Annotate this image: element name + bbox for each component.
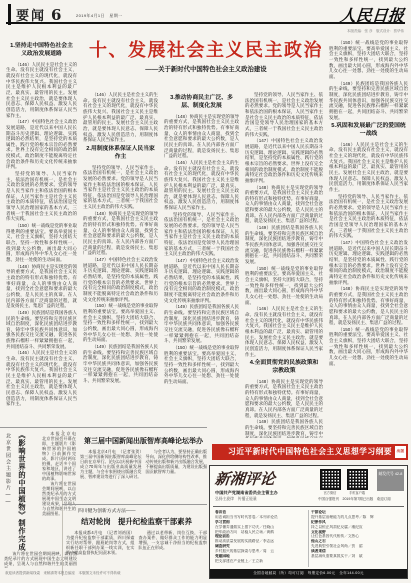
- editor-credit: 本版责编：张 彦 版式设计：蔡华伟: [347, 29, 404, 34]
- body-paragraph: （149）民族团结是我国各族人民的生命线。要坚持和完善民族区域自治制度，深化民族…: [245, 225, 323, 265]
- body-paragraph: （149）民族团结是我国各族人民的生命线。要坚持和完善民族区域自治制度，深化民族…: [245, 419, 323, 438]
- body-paragraph: （149）民族团结是我国各族人民的生命线。要坚持和完善民族区域自治制度，深化民族…: [329, 81, 408, 121]
- body-paragraph: 该片将在世园会期间展映，以自然类纪录片的方式展现中国生态文明建设成果，呈现人与自…: [42, 481, 76, 516]
- magazine-ad-box: 新湘评论 中国共产党湖南省委员会主管主办 弘扬主旋律 传播正能量 官方微信 手机…: [209, 465, 408, 579]
- subscription-bar: 全国各地邮局（所）均可订阅 每册定价6.00元 全年144.00元: [210, 569, 407, 578]
- body-paragraph: （149）民族团结是我国各族人民的生命线。要坚持和完善民族区域自治制度，深化民族…: [6, 310, 77, 350]
- body-paragraph: 坚持党的领导、人民当家作主、依法治国有机统一，是社会主义政治发展的必然要求。党的…: [329, 194, 408, 239]
- body-paragraph: 本报北京电 北京世园会开幕在即，主题影片《影响世界的中国植物》日前制作完成。影片…: [42, 431, 76, 481]
- body-paragraph: 与会者认为，要坚持正确出版导向，深化供给侧结构性改革，推动传统出版和新兴出版融合…: [146, 449, 208, 474]
- toc-separator: [308, 510, 309, 567]
- subheading-3: 3.推动协商民主广泛、多层、制度化发展: [166, 95, 237, 111]
- body-paragraph: （150）统一战线是党的事业取得胜利的重要法宝。要高举爱国主义、社会主义旗帜，坚…: [83, 303, 158, 343]
- ad-divider: [213, 506, 404, 507]
- qr-code-icon: [320, 469, 341, 490]
- article-column-5: （150）统一战线是党的事业取得胜利的重要法宝。要高举爱国主义、社会主义旗帜，坚…: [329, 40, 408, 438]
- body-paragraph: （146）人民民主是社会主义的生命。没有民主就没有社会主义，就没有社会主义的现代…: [329, 142, 408, 193]
- postal-code-badge: 邮发代号 42-8: [377, 469, 404, 491]
- qr-label: 官方微信: [318, 490, 342, 495]
- subheading-2: 2.用制度体系保证人民当家作主: [85, 146, 156, 162]
- body-paragraph: （146）人民民主是社会主义的生命。没有民主就没有社会主义，就没有社会主义的现代…: [6, 350, 77, 407]
- newspaper-page: 要闻 6 2019年4月1日 星期一 人民日报 本版责编：张 彦 版式设计：蔡华…: [0, 0, 411, 583]
- body-paragraph: 本报北京4月电 （记者张贺）第三届中国新闻出版智库高峰论坛日前在京举行。论坛以庆…: [80, 449, 142, 479]
- body-paragraph: 坚持党的领导、人民当家作主、依法治国有机统一，是社会主义政治发展的必然要求。党的…: [83, 165, 158, 210]
- body-paragraph: （147）中国特色社会主义政治发展道路，是近代以来中国人民长期奋斗历史逻辑、理论…: [245, 138, 323, 183]
- body-paragraph: （148）协商民主是实现党的领导的重要方式，是我国社会主义民主政治的特有形式和独…: [164, 114, 239, 159]
- article-column-3: 3.推动协商民主广泛、多层、制度化发展 （148）协商民主是实现党的领导的重要方…: [164, 92, 239, 424]
- body-paragraph: 本报成都4月电 （记者刘裕国）为提升纪检监察干部素质，四川探索实行结对帮带、跟班…: [66, 530, 135, 555]
- sichuan-headline: 结对轮岗 提升纪检监察干部素养: [66, 516, 207, 527]
- toc-column-left: 卷首语用忠诚担当书写时代答卷／本刊评论员学习贯彻在学懂弄通做实上狠下功夫／任晓山…: [215, 510, 307, 567]
- sichuan-article-body: 本报成都4月电 （记者刘裕国）为提升纪检监察干部素质，四川探索实行结对帮带、跟班…: [66, 530, 207, 576]
- body-paragraph: 通过以老带新、岗位互换，干部查办案件、做好群众工作的能力明显增强，一支忠诚干净担…: [139, 530, 208, 550]
- banner-text: 习近平新时代中国特色社会主义思想学习纲要: [228, 447, 392, 456]
- toc-entry: 把支部建在产业链上／王立新: [215, 559, 307, 564]
- body-paragraph: 坚持党的领导、人民当家作主、依法治国有机统一，是社会主义政治发展的必然要求。党的…: [245, 92, 323, 137]
- body-paragraph: （146）人民民主是社会主义的生命。没有民主就没有社会主义，就没有社会主义的现代…: [6, 62, 77, 119]
- issue-info-line: 中国百强报刊 2019年第7期已出版 欢迎订阅: [318, 497, 404, 502]
- vertical-rule: [62, 430, 63, 576]
- body-paragraph: （149）民族团结是我国各族人民的生命线。要坚持和完善民族区域自治制度，深化民族…: [164, 304, 239, 344]
- body-paragraph: （149）民族团结是我国各族人民的生命线。要坚持和完善民族区域自治制度，深化民族…: [83, 344, 158, 384]
- magazine-slogan: 弘扬主旋律 传播正能量: [215, 497, 257, 502]
- body-paragraph: （147）中国特色社会主义政治发展道路，是近代以来中国人民长期奋斗历史逻辑、理论…: [164, 258, 239, 303]
- header-rule: [6, 22, 405, 24]
- qr-label: 手机客户端: [345, 490, 369, 495]
- body-paragraph: （147）中国特色社会主义政治发展道路，是近代以来中国人民长期奋斗历史逻辑、理论…: [6, 119, 77, 170]
- article-column-2: （146）人民民主是社会主义的生命。没有民主就没有社会主义，就没有社会主义的现代…: [83, 92, 158, 424]
- body-paragraph: （150）统一战线是党的事业取得胜利的重要法宝。要高举爱国主义、社会主义旗帜，坚…: [164, 345, 239, 385]
- date-line: 2019年4月1日 星期一: [76, 13, 123, 19]
- forum-headline: 第三届中国新闻出版智库高峰论坛举办: [80, 436, 207, 446]
- body-paragraph: （148）协商民主是实现党的领导的重要方式，是我国社会主义民主政治的特有形式和独…: [83, 211, 158, 256]
- page-footer-note: 欢迎读者提供新闻线索 来稿请寄本报总编室 本版图文未经许可不得转载: [5, 571, 203, 576]
- chapter-headline: 十、发展社会主义民主政治 ——关于新时代中国特色社会主义政治建设: [83, 40, 329, 88]
- body-paragraph: （150）统一战线是党的事业取得胜利的重要法宝。要高举爱国主义、社会主义旗帜，坚…: [6, 223, 77, 263]
- body-paragraph: （150）统一战线是党的事业取得胜利的重要法宝。要高举爱国主义、社会主义旗帜，坚…: [245, 266, 323, 306]
- body-paragraph: 坚持党的领导、人民当家作主、依法治国有机统一，是社会主义政治发展的必然要求。党的…: [6, 171, 77, 222]
- subheading-4: 4.全面贯彻党的民族政策和宗教政策: [247, 360, 321, 376]
- body-paragraph: （148）协商民主是实现党的领导的重要方式，是我国社会主义民主政治的特有形式和独…: [245, 185, 323, 225]
- subheading-1: 1.坚持走中国特色社会主义政治发展道路: [8, 43, 75, 59]
- film-title-vertical: 《影响世界的中国植物》制作完成: [17, 431, 27, 551]
- body-paragraph: （148）协商民主是实现党的领导的重要方式，是我国社会主义民主政治的特有形式和独…: [6, 264, 77, 309]
- magazine-brand-logo: 新湘评论: [214, 468, 276, 489]
- book-promo-banner: 习近平新时代中国特色社会主义思想学习纲要 出版: [212, 444, 408, 460]
- chapter-title: 十、发展社会主义民主政治: [83, 40, 329, 61]
- sichuan-kicker: 四川犍为创新方式方法——: [78, 507, 136, 514]
- section-divider: [0, 427, 207, 428]
- body-paragraph: （146）人民民主是社会主义的生命。没有民主就没有社会主义，就没有社会主义的现代…: [245, 306, 323, 357]
- body-paragraph: （146）人民民主是社会主义的生命。没有民主就没有社会主义，就没有社会主义的现代…: [83, 92, 158, 143]
- qr-code-icon: [347, 469, 368, 490]
- banner-publish-tag: 出版: [395, 446, 406, 458]
- subheading-5: 5.巩固和发展最广泛的爱国统一战线: [331, 123, 406, 139]
- magazine-organizer: 中国共产党湖南省委员会主管主办: [215, 490, 278, 496]
- body-paragraph: 坚持党的领导、人民当家作主、依法治国有机统一，是社会主义政治发展的必然要求。党的…: [164, 212, 239, 257]
- article-column-1: 1.坚持走中国特色社会主义政治发展道路 （146）人民民主是社会主义的生命。没有…: [6, 40, 77, 424]
- article-column-4: 坚持党的领导、人民当家作主、依法治国有机统一，是社会主义政治发展的必然要求。党的…: [245, 92, 323, 438]
- chapter-subtitle: ——关于新时代中国特色社会主义政治建设: [83, 64, 329, 73]
- horizontal-rule: [62, 504, 207, 505]
- body-paragraph: （147）中国特色社会主义政治发展道路，是近代以来中国人民长期奋斗历史逻辑、理论…: [329, 240, 408, 285]
- body-paragraph: （150）统一战线是党的事业取得胜利的重要法宝。要高举爱国主义、社会主义旗帜，坚…: [329, 40, 408, 80]
- body-paragraph: （150）统一战线是党的事业取得胜利的重要法宝。要高举爱国主义、社会主义旗帜，坚…: [329, 327, 408, 367]
- body-paragraph: （147）中国特色社会主义政治发展道路，是近代以来中国人民长期奋斗历史逻辑、理论…: [83, 257, 158, 302]
- body-paragraph: （148）协商民主是实现党的领导的重要方式，是我国社会主义民主政治的特有形式和独…: [245, 379, 323, 419]
- toc-entry: 基层减负需要真抓实干／刘 斌: [311, 554, 403, 559]
- forum-article-body: 本报北京4月电 （记者张贺）第三届中国新闻出版智库高峰论坛日前在京举行。论坛以庆…: [80, 449, 207, 499]
- body-paragraph: （148）协商民主是实现党的领导的重要方式，是我国社会主义民主政治的特有形式和独…: [329, 286, 408, 326]
- body-paragraph: （146）人民民主是社会主义的生命。没有民主就没有社会主义，就没有社会主义的现代…: [164, 160, 239, 211]
- toc-column-right: 干部论坛提升基层治理能力的几点思考／陈 辉纪律作风持之以恒正风肃纪反腐／湘纪宣文…: [311, 510, 403, 567]
- film-kicker-vertical: 北京世园会主题影片——: [5, 433, 12, 519]
